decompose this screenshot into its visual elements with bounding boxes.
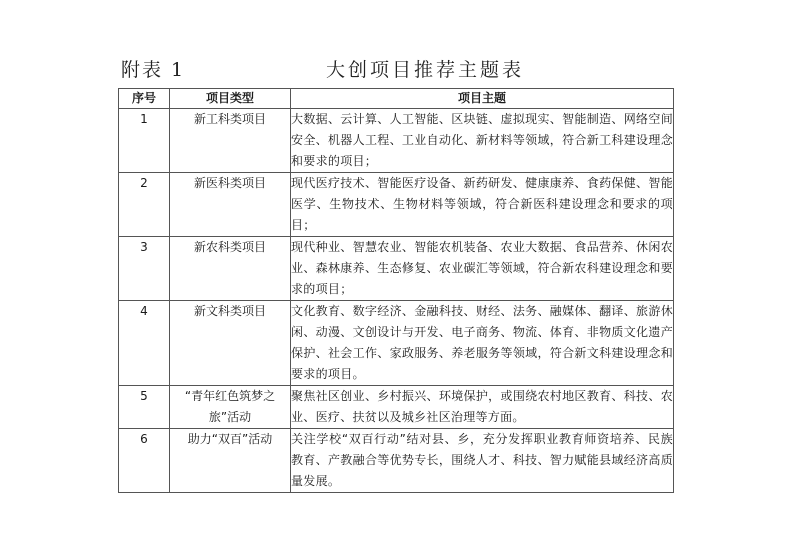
row-topic: 聚焦社区创业、乡村振兴、环境保护，或围绕农村地区教育、科技、农业、医疗、扶贫以及…	[291, 386, 674, 429]
row-topic: 文化教育、数字经济、金融科技、财经、法务、融媒体、翻译、旅游休闲、动漫、文创设计…	[291, 301, 674, 386]
row-number: 3	[119, 237, 170, 301]
header-number: 序号	[119, 89, 170, 109]
row-number: 1	[119, 109, 170, 173]
table-row: 6 助力“双百”活动 关注学校“双百行动”结对县、乡，充分发挥职业教育师资培养、…	[119, 429, 674, 493]
document-title: 大创项目推荐主题表	[326, 55, 524, 82]
row-type: 助力“双百”活动	[170, 429, 291, 493]
appendix-label: 附表 1	[121, 55, 185, 82]
row-number: 4	[119, 301, 170, 386]
row-number: 2	[119, 173, 170, 237]
row-type: 新医科类项目	[170, 173, 291, 237]
table-row: 3 新农科类项目 现代种业、智慧农业、智能农机装备、农业大数据、食品营养、休闲农…	[119, 237, 674, 301]
table-row: 5 “青年红色筑梦之旅”活动 聚焦社区创业、乡村振兴、环境保护，或围绕农村地区教…	[119, 386, 674, 429]
row-topic: 现代种业、智慧农业、智能农机装备、农业大数据、食品营养、休闲农业、森林康养、生态…	[291, 237, 674, 301]
topic-table: 序号 项目类型 项目主题 1 新工科类项目 大数据、云计算、人工智能、区块链、虚…	[118, 88, 674, 493]
row-type: “青年红色筑梦之旅”活动	[170, 386, 291, 429]
header-project-type: 项目类型	[170, 89, 291, 109]
table-header-row: 序号 项目类型 项目主题	[119, 89, 674, 109]
row-type: 新文科类项目	[170, 301, 291, 386]
row-topic: 大数据、云计算、人工智能、区块链、虚拟现实、智能制造、网络空间安全、机器人工程、…	[291, 109, 674, 173]
row-type: 新工科类项目	[170, 109, 291, 173]
row-type: 新农科类项目	[170, 237, 291, 301]
header-project-topic: 项目主题	[291, 89, 674, 109]
table-row: 2 新医科类项目 现代医疗技术、智能医疗设备、新药研发、健康康养、食药保健、智能…	[119, 173, 674, 237]
row-number: 5	[119, 386, 170, 429]
row-topic: 现代医疗技术、智能医疗设备、新药研发、健康康养、食药保健、智能医学、生物技术、生…	[291, 173, 674, 237]
table-row: 1 新工科类项目 大数据、云计算、人工智能、区块链、虚拟现实、智能制造、网络空间…	[119, 109, 674, 173]
table-row: 4 新文科类项目 文化教育、数字经济、金融科技、财经、法务、融媒体、翻译、旅游休…	[119, 301, 674, 386]
row-number: 6	[119, 429, 170, 493]
row-topic: 关注学校“双百行动”结对县、乡，充分发挥职业教育师资培养、民族教育、产教融合等优…	[291, 429, 674, 493]
